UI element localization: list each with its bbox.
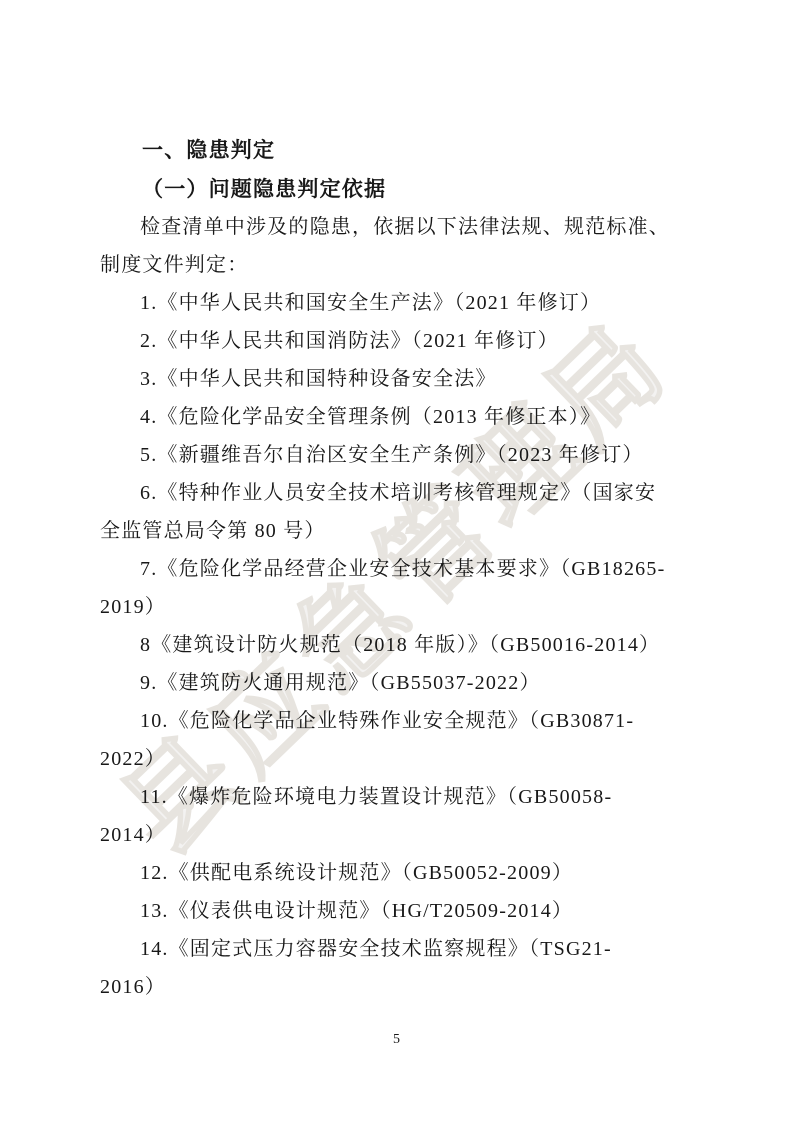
regulation-list-item: 9.《建筑防火通用规范》（GB55037-2022） xyxy=(100,664,698,702)
regulation-list-item: 13.《仪表供电设计规范》（HG/T20509-2014） xyxy=(100,892,698,930)
regulation-list: 1.《中华人民共和国安全生产法》（2021 年修订）2.《中华人民共和国消防法》… xyxy=(100,284,698,1006)
page-number: 5 xyxy=(0,1032,793,1048)
section-heading: 一、隐患判定 xyxy=(100,132,698,170)
subsection-heading: （一）问题隐患判定依据 xyxy=(100,170,698,208)
document-page: 县应急管理局 一、隐患判定 （一）问题隐患判定依据 检查清单中涉及的隐患，依据以… xyxy=(0,0,793,1122)
regulation-list-item: 14.《固定式压力容器安全技术监察规程》（TSG21- 2016） xyxy=(100,930,698,1006)
regulation-list-item: 7.《危险化学品经营企业安全技术基本要求》（GB18265- 2019） xyxy=(100,550,698,626)
regulation-list-item: 3.《中华人民共和国特种设备安全法》 xyxy=(100,360,698,398)
regulation-list-item: 1.《中华人民共和国安全生产法》（2021 年修订） xyxy=(100,284,698,322)
regulation-list-item: 12.《供配电系统设计规范》（GB50052-2009） xyxy=(100,854,698,892)
regulation-list-item: 4.《危险化学品安全管理条例（2013 年修正本）》 xyxy=(100,398,698,436)
intro-paragraph: 检查清单中涉及的隐患，依据以下法律法规、规范标准、 制度文件判定： xyxy=(100,208,698,284)
regulation-list-item: 5.《新疆维吾尔自治区安全生产条例》（2023 年修订） xyxy=(100,436,698,474)
regulation-list-item: 6.《特种作业人员安全技术培训考核管理规定》（国家安 全监管总局令第 80 号） xyxy=(100,474,698,550)
regulation-list-item: 11.《爆炸危险环境电力装置设计规范》（GB50058- 2014） xyxy=(100,778,698,854)
page-content: 一、隐患判定 （一）问题隐患判定依据 检查清单中涉及的隐患，依据以下法律法规、规… xyxy=(0,0,793,1006)
regulation-list-item: 2.《中华人民共和国消防法》（2021 年修订） xyxy=(100,322,698,360)
regulation-list-item: 8《建筑设计防火规范（2018 年版）》（GB50016-2014） xyxy=(100,626,698,664)
regulation-list-item: 10.《危险化学品企业特殊作业安全规范》（GB30871- 2022） xyxy=(100,702,698,778)
